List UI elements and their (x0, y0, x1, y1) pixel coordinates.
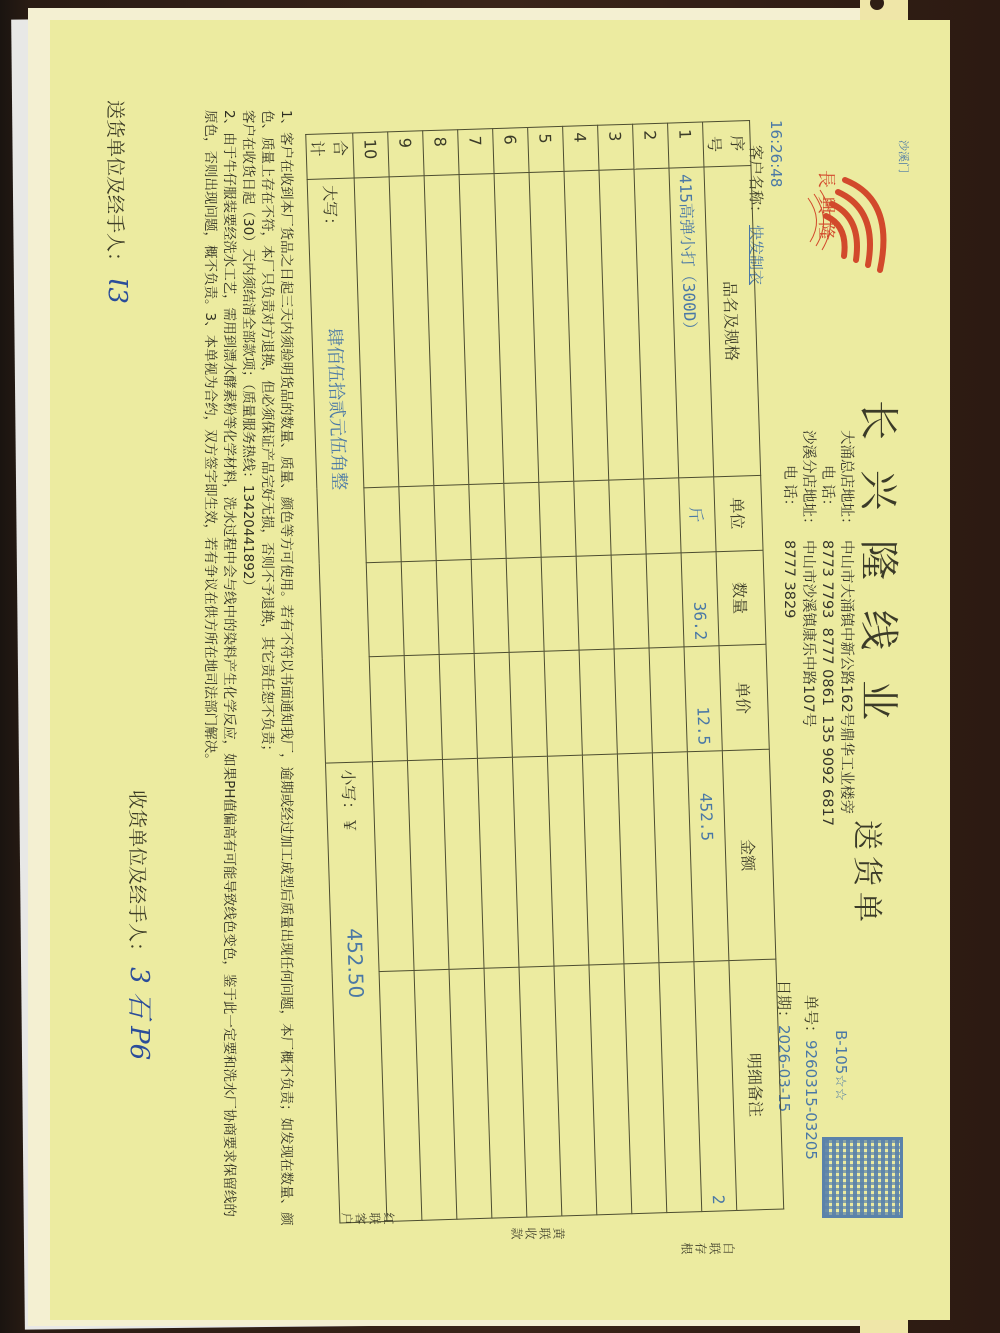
row-no: 2 (633, 123, 669, 169)
hq-address: 中山市大涌镇中新公路162号鼎华工业楼旁 (836, 540, 855, 814)
row-no: 10 (353, 132, 389, 178)
company-name: 长兴隆线业 (853, 400, 910, 750)
row-unit (539, 481, 576, 557)
branch-address-label: 沙溪分店地址： (798, 430, 817, 532)
deliverer-signature: Ɩ3 (102, 277, 132, 304)
row-qty (646, 552, 684, 648)
row-unit (469, 483, 506, 559)
row-amount (477, 758, 519, 969)
row-amount (582, 754, 624, 965)
serial-code: B-105☆☆ (832, 1030, 850, 1101)
row-amount: 452.5 (687, 751, 729, 962)
copy-label-white: 白联存根 (679, 1240, 735, 1257)
doc-number-label: 单号： (802, 995, 820, 1040)
row-qty (611, 554, 649, 650)
row-amount (442, 759, 484, 970)
header-price: 单价 (719, 645, 769, 751)
terms-block: 1、客户在收到本厂货品之日起三天内须验明货品的数量、质量、颜色等方可使用。若有不… (200, 110, 295, 1230)
total-label: 合计 (306, 133, 354, 179)
hq-address-label: 大涌总店地址： (836, 430, 855, 532)
row-no: 9 (388, 131, 424, 177)
receiver-label: 收货单位及经手人： (126, 790, 148, 961)
row-amount (407, 760, 449, 971)
print-time: 16:26:48 (767, 120, 785, 187)
row-no: 8 (423, 130, 459, 176)
row-unit (434, 484, 471, 560)
row-price (474, 653, 512, 759)
total-lower-label: 小写：￥ (338, 769, 359, 834)
row-qty (366, 561, 404, 657)
row-amount (617, 753, 659, 964)
branch-address: 中山市沙溪镇康乐中路107号 (798, 540, 817, 727)
doc-number-field: 单号：9260315-03205 (801, 995, 822, 1160)
terms-item-payment: 客户在收货日起（30）天内须结清全部款项；（质量服务热线：13420441892… (238, 110, 257, 1230)
terms-item-2-3: 2、由于牛仔服装要经洗水工艺，需用到漂水酵素粉等化学材料，洗水过程中会与线中的染… (200, 110, 238, 1230)
header-qty: 数量 (716, 550, 766, 646)
total-lower-value: 452.50 (342, 928, 368, 999)
row-unit: 斤 (679, 476, 716, 552)
row-qty (436, 559, 474, 655)
header-unit: 单位 (714, 475, 763, 551)
row-unit (399, 485, 436, 561)
row-qty (471, 558, 509, 654)
row-qty (506, 557, 544, 653)
deliverer-signature-field: 送货单位及经手人： Ɩ3 (102, 100, 132, 304)
header-no: 序号 (703, 121, 751, 167)
logo-brand-name: 長興隆 (814, 170, 840, 248)
document-title: 送货单 (848, 820, 892, 928)
copy-label-yellow: 黄联收款 (509, 1225, 565, 1242)
swoosh-logo-icon (790, 160, 900, 280)
row-no: 6 (493, 127, 529, 173)
delivery-note-sheet: 沙溪门 長興隆 长兴隆线业 送货单 大涌总店地址： 中山市大涌镇中新公路162号… (50, 20, 950, 1320)
row-price (369, 656, 407, 762)
row-price (649, 647, 687, 753)
row-qty: 36.2 (681, 551, 719, 647)
row-price (404, 655, 442, 761)
doc-number: 9260315-03205 (802, 1040, 820, 1160)
row-unit (504, 482, 541, 558)
row-price (544, 651, 582, 757)
row-amount (652, 752, 694, 963)
row-qty (541, 556, 579, 652)
copy-label-red: 红联客户 (339, 1210, 395, 1227)
row-price (509, 652, 547, 758)
row-no: 1 (668, 122, 704, 168)
branch-phone-label: 电 话： (779, 465, 798, 513)
row-qty (401, 560, 439, 656)
row-no: 3 (598, 124, 634, 170)
row-unit (574, 480, 611, 556)
row-price (614, 648, 652, 754)
receiver-signature-field: 收货单位及经手人： 3 石 P6 (123, 790, 160, 1060)
row-amount (547, 755, 589, 966)
row-no: 5 (528, 126, 564, 172)
total-upper-label: 大写： (320, 185, 340, 234)
punch-hole-icon (870, 0, 884, 10)
row-qty (576, 555, 614, 651)
branch-phone: 8777 3829 (779, 540, 798, 618)
row-unit (644, 478, 681, 554)
receiver-signature: 3 石 P6 (124, 967, 154, 1060)
header-amount: 金额 (722, 750, 776, 961)
row-price (579, 649, 617, 755)
row-no: 4 (563, 125, 599, 171)
row-no: 7 (458, 129, 494, 175)
qr-code-icon (825, 1140, 900, 1215)
row-price (439, 654, 477, 760)
deliverer-label: 送货单位及经手人： (104, 100, 126, 271)
hq-phone: 8773 7793 8777 0861 135 9092 6817 (817, 540, 836, 826)
items-table: 序号 品名及规格 单位 数量 单价 金额 明细备注 1 415高弹小打（300D… (305, 120, 784, 1223)
row-amount (372, 761, 414, 972)
row-unit (364, 486, 401, 562)
row-amount (512, 757, 554, 968)
row-unit (609, 479, 646, 555)
header-name: 品名及规格 (704, 165, 761, 476)
hq-phone-label: 电 话： (817, 465, 836, 513)
total-upper-value: 肆佰伍拾贰元伍角整 (323, 328, 349, 491)
header-note: 明细备注 (729, 959, 784, 1210)
row-price: 12.5 (684, 646, 722, 752)
terms-item-1: 1、客户在收到本厂货品之日起三天内须验明货品的数量、质量、颜色等方可使用。若有不… (257, 110, 295, 1230)
